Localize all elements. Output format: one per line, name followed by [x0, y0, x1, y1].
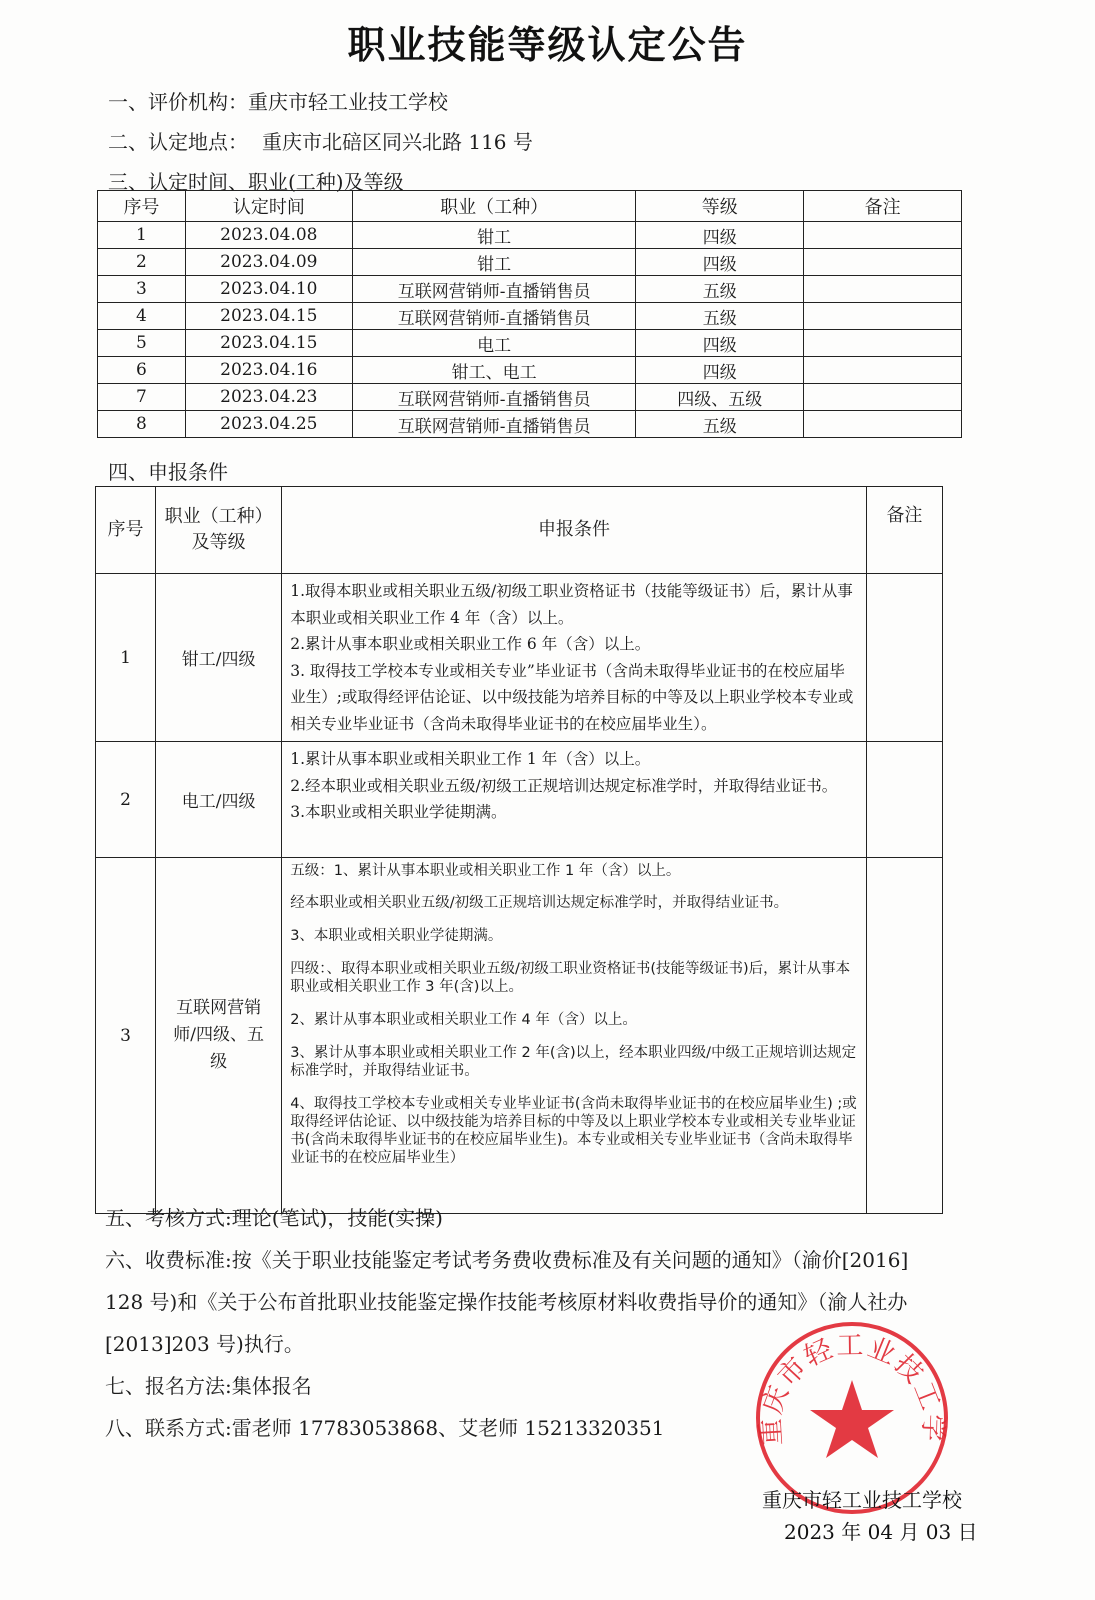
cell-date: 2023.04.08: [185, 222, 352, 249]
cell-no: 1: [96, 574, 156, 742]
cell-no: 3: [96, 858, 156, 1214]
section-label: 一、评价机构：: [108, 90, 248, 114]
condition-item: 3.本职业或相关职业学徒期满。: [290, 799, 858, 826]
cell-note: [866, 574, 942, 742]
column-header: 序号: [96, 487, 156, 574]
column-header: 序号: [98, 191, 186, 222]
cell-occupation: 互联网营销师-直播销售员: [352, 303, 636, 330]
column-header: 申报条件: [282, 487, 867, 574]
cell-occupation: 电工/四级: [156, 742, 282, 858]
condition-item: 四级：、取得本职业或相关职业五级/初级工职业资格证书(技能等级证书)后，累计从事…: [290, 960, 858, 996]
schedule-table: 序号 认定时间 职业（工种） 等级 备注 1 2023.04.08 钳工 四级 …: [97, 190, 962, 438]
cell-occupation: 互联网营销师-直播销售员: [352, 276, 636, 303]
table-header-row: 序号 认定时间 职业（工种） 等级 备注: [98, 191, 962, 222]
cell-occupation: 钳工/四级: [156, 574, 282, 742]
cell-date: 2023.04.16: [185, 357, 352, 384]
cell-occupation: 钳工: [352, 222, 636, 249]
table-row: 8 2023.04.25 互联网营销师-直播销售员 五级: [98, 411, 962, 438]
table-row: 6 2023.04.16 钳工、电工 四级: [98, 357, 962, 384]
section-assessment-method: 五、考核方式:理论(笔试)，技能(实操): [105, 1202, 443, 1231]
cell-no: 6: [98, 357, 186, 384]
section-label: 二、认定地点：: [108, 130, 248, 154]
cell-level: 四级、五级: [636, 384, 804, 411]
condition-item: 2.经本职业或相关职业五级/初级工正规培训达规定标准学时，并取得结业证书。: [290, 773, 858, 800]
cell-note: [804, 357, 962, 384]
cell-level: 五级: [636, 411, 804, 438]
section-requirements-heading: 四、申报条件: [108, 456, 228, 485]
table-row: 5 2023.04.15 电工 四级: [98, 330, 962, 357]
column-header: 等级: [636, 191, 804, 222]
cell-conditions: 五级：1、累计从事本职业或相关职业工作 1 年（含）以上。 经本职业或相关职业五…: [282, 858, 867, 1214]
cell-no: 2: [96, 742, 156, 858]
section-fee-line-1: 六、收费标准:按《关于职业技能鉴定考试考务费收费标准及有关问题的通知》（渝价[2…: [105, 1244, 908, 1273]
cell-date: 2023.04.15: [185, 330, 352, 357]
section-location: 二、认定地点：重庆市北碚区同兴北路 116 号: [108, 126, 533, 155]
cell-note: [804, 303, 962, 330]
condition-item: 经本职业或相关职业五级/初级工正规培训达规定标准学时，并取得结业证书。: [290, 894, 858, 912]
cell-note: [804, 276, 962, 303]
condition-item: 3、累计从事本职业或相关职业工作 2 年(含)以上，经本职业四级/中级工正规培训…: [290, 1044, 858, 1080]
cell-conditions: 1.累计从事本职业或相关职业工作 1 年（含）以上。 2.经本职业或相关职业五级…: [282, 742, 867, 858]
table-header-row: 序号 职业（工种）及等级 申报条件 备注: [96, 487, 943, 574]
cell-note: [804, 249, 962, 276]
cell-level: 四级: [636, 222, 804, 249]
column-header: 备注: [866, 487, 942, 574]
cell-no: 5: [98, 330, 186, 357]
cell-level: 四级: [636, 357, 804, 384]
section-value: 重庆市轻工业技工学校: [248, 90, 448, 114]
cell-occupation: 互联网营销师-直播销售员: [352, 411, 636, 438]
table-row: 4 2023.04.15 互联网营销师-直播销售员 五级: [98, 303, 962, 330]
column-header: 职业（工种）及等级: [156, 487, 282, 574]
table-row: 2 2023.04.09 钳工 四级: [98, 249, 962, 276]
signature-date: 2023 年 04 月 03 日: [784, 1516, 978, 1545]
cell-no: 3: [98, 276, 186, 303]
signature-org: 重庆市轻工业技工学校: [762, 1484, 962, 1513]
section-evaluation-org: 一、评价机构：重庆市轻工业技工学校: [108, 86, 448, 115]
cell-level: 五级: [636, 276, 804, 303]
cell-conditions: 1.取得本职业或相关职业五级/初级工职业资格证书（技能等级证书）后，累计从事本职…: [282, 574, 867, 742]
cell-note: [866, 742, 942, 858]
condition-item: 3、本职业或相关职业学徒期满。: [290, 927, 858, 945]
cell-date: 2023.04.10: [185, 276, 352, 303]
table-row: 3 2023.04.10 互联网营销师-直播销售员 五级: [98, 276, 962, 303]
page-title: 职业技能等级认定公告: [0, 14, 1095, 69]
cell-occupation: 互联网营销师/四级、五级: [156, 858, 282, 1214]
cell-note: [866, 858, 942, 1214]
condition-item: 1.取得本职业或相关职业五级/初级工职业资格证书（技能等级证书）后，累计从事本职…: [290, 578, 858, 631]
cell-level: 四级: [636, 249, 804, 276]
cell-date: 2023.04.09: [185, 249, 352, 276]
cell-date: 2023.04.23: [185, 384, 352, 411]
condition-item: 2、累计从事本职业或相关职业工作 4 年（含）以上。: [290, 1011, 858, 1029]
cell-no: 4: [98, 303, 186, 330]
table-row: 1 钳工/四级 1.取得本职业或相关职业五级/初级工职业资格证书（技能等级证书）…: [96, 574, 943, 742]
condition-item: 1.累计从事本职业或相关职业工作 1 年（含）以上。: [290, 746, 858, 773]
cell-date: 2023.04.25: [185, 411, 352, 438]
table-row: 2 电工/四级 1.累计从事本职业或相关职业工作 1 年（含）以上。 2.经本职…: [96, 742, 943, 858]
cell-no: 2: [98, 249, 186, 276]
condition-item: 4、取得技工学校本专业或相关专业毕业证书(含尚未取得毕业证书的在校应届毕业生) …: [290, 1095, 858, 1167]
section-registration: 七、报名方法:集体报名: [105, 1370, 312, 1399]
cell-level: 四级: [636, 330, 804, 357]
cell-no: 1: [98, 222, 186, 249]
column-header: 认定时间: [185, 191, 352, 222]
cell-date: 2023.04.15: [185, 303, 352, 330]
table-row: 7 2023.04.23 互联网营销师-直播销售员 四级、五级: [98, 384, 962, 411]
section-contact: 八、联系方式:雷老师 17783053868、艾老师 15213320351: [105, 1412, 664, 1441]
section-fee-line-3: [2013]203 号)执行。: [105, 1328, 304, 1357]
cell-occupation: 钳工、电工: [352, 357, 636, 384]
cell-note: [804, 330, 962, 357]
condition-item: 2.累计从事本职业或相关职业工作 6 年（含）以上。: [290, 631, 858, 658]
cell-occupation: 电工: [352, 330, 636, 357]
section-fee-line-2: 128 号)和《关于公布首批职业技能鉴定操作技能考核原材料收费指导价的通知》（渝…: [105, 1286, 907, 1315]
cell-note: [804, 411, 962, 438]
condition-item: 3. 取得技工学校本专业或相关专业”毕业证书（含尚未取得毕业证书的在校应届毕业生…: [290, 658, 858, 738]
requirements-table: 序号 职业（工种）及等级 申报条件 备注 1 钳工/四级 1.取得本职业或相关职…: [95, 486, 943, 1214]
cell-level: 五级: [636, 303, 804, 330]
cell-no: 7: [98, 384, 186, 411]
column-header: 职业（工种）: [352, 191, 636, 222]
table-row: 1 2023.04.08 钳工 四级: [98, 222, 962, 249]
cell-note: [804, 222, 962, 249]
cell-occupation: 互联网营销师-直播销售员: [352, 384, 636, 411]
section-value: 重庆市北碚区同兴北路 116 号: [262, 130, 533, 154]
cell-no: 8: [98, 411, 186, 438]
star-icon: [810, 1380, 894, 1458]
cell-occupation: 钳工: [352, 249, 636, 276]
table-row: 3 互联网营销师/四级、五级 五级：1、累计从事本职业或相关职业工作 1 年（含…: [96, 858, 943, 1214]
column-header: 备注: [804, 191, 962, 222]
condition-item: 五级：1、累计从事本职业或相关职业工作 1 年（含）以上。: [290, 862, 858, 880]
cell-note: [804, 384, 962, 411]
